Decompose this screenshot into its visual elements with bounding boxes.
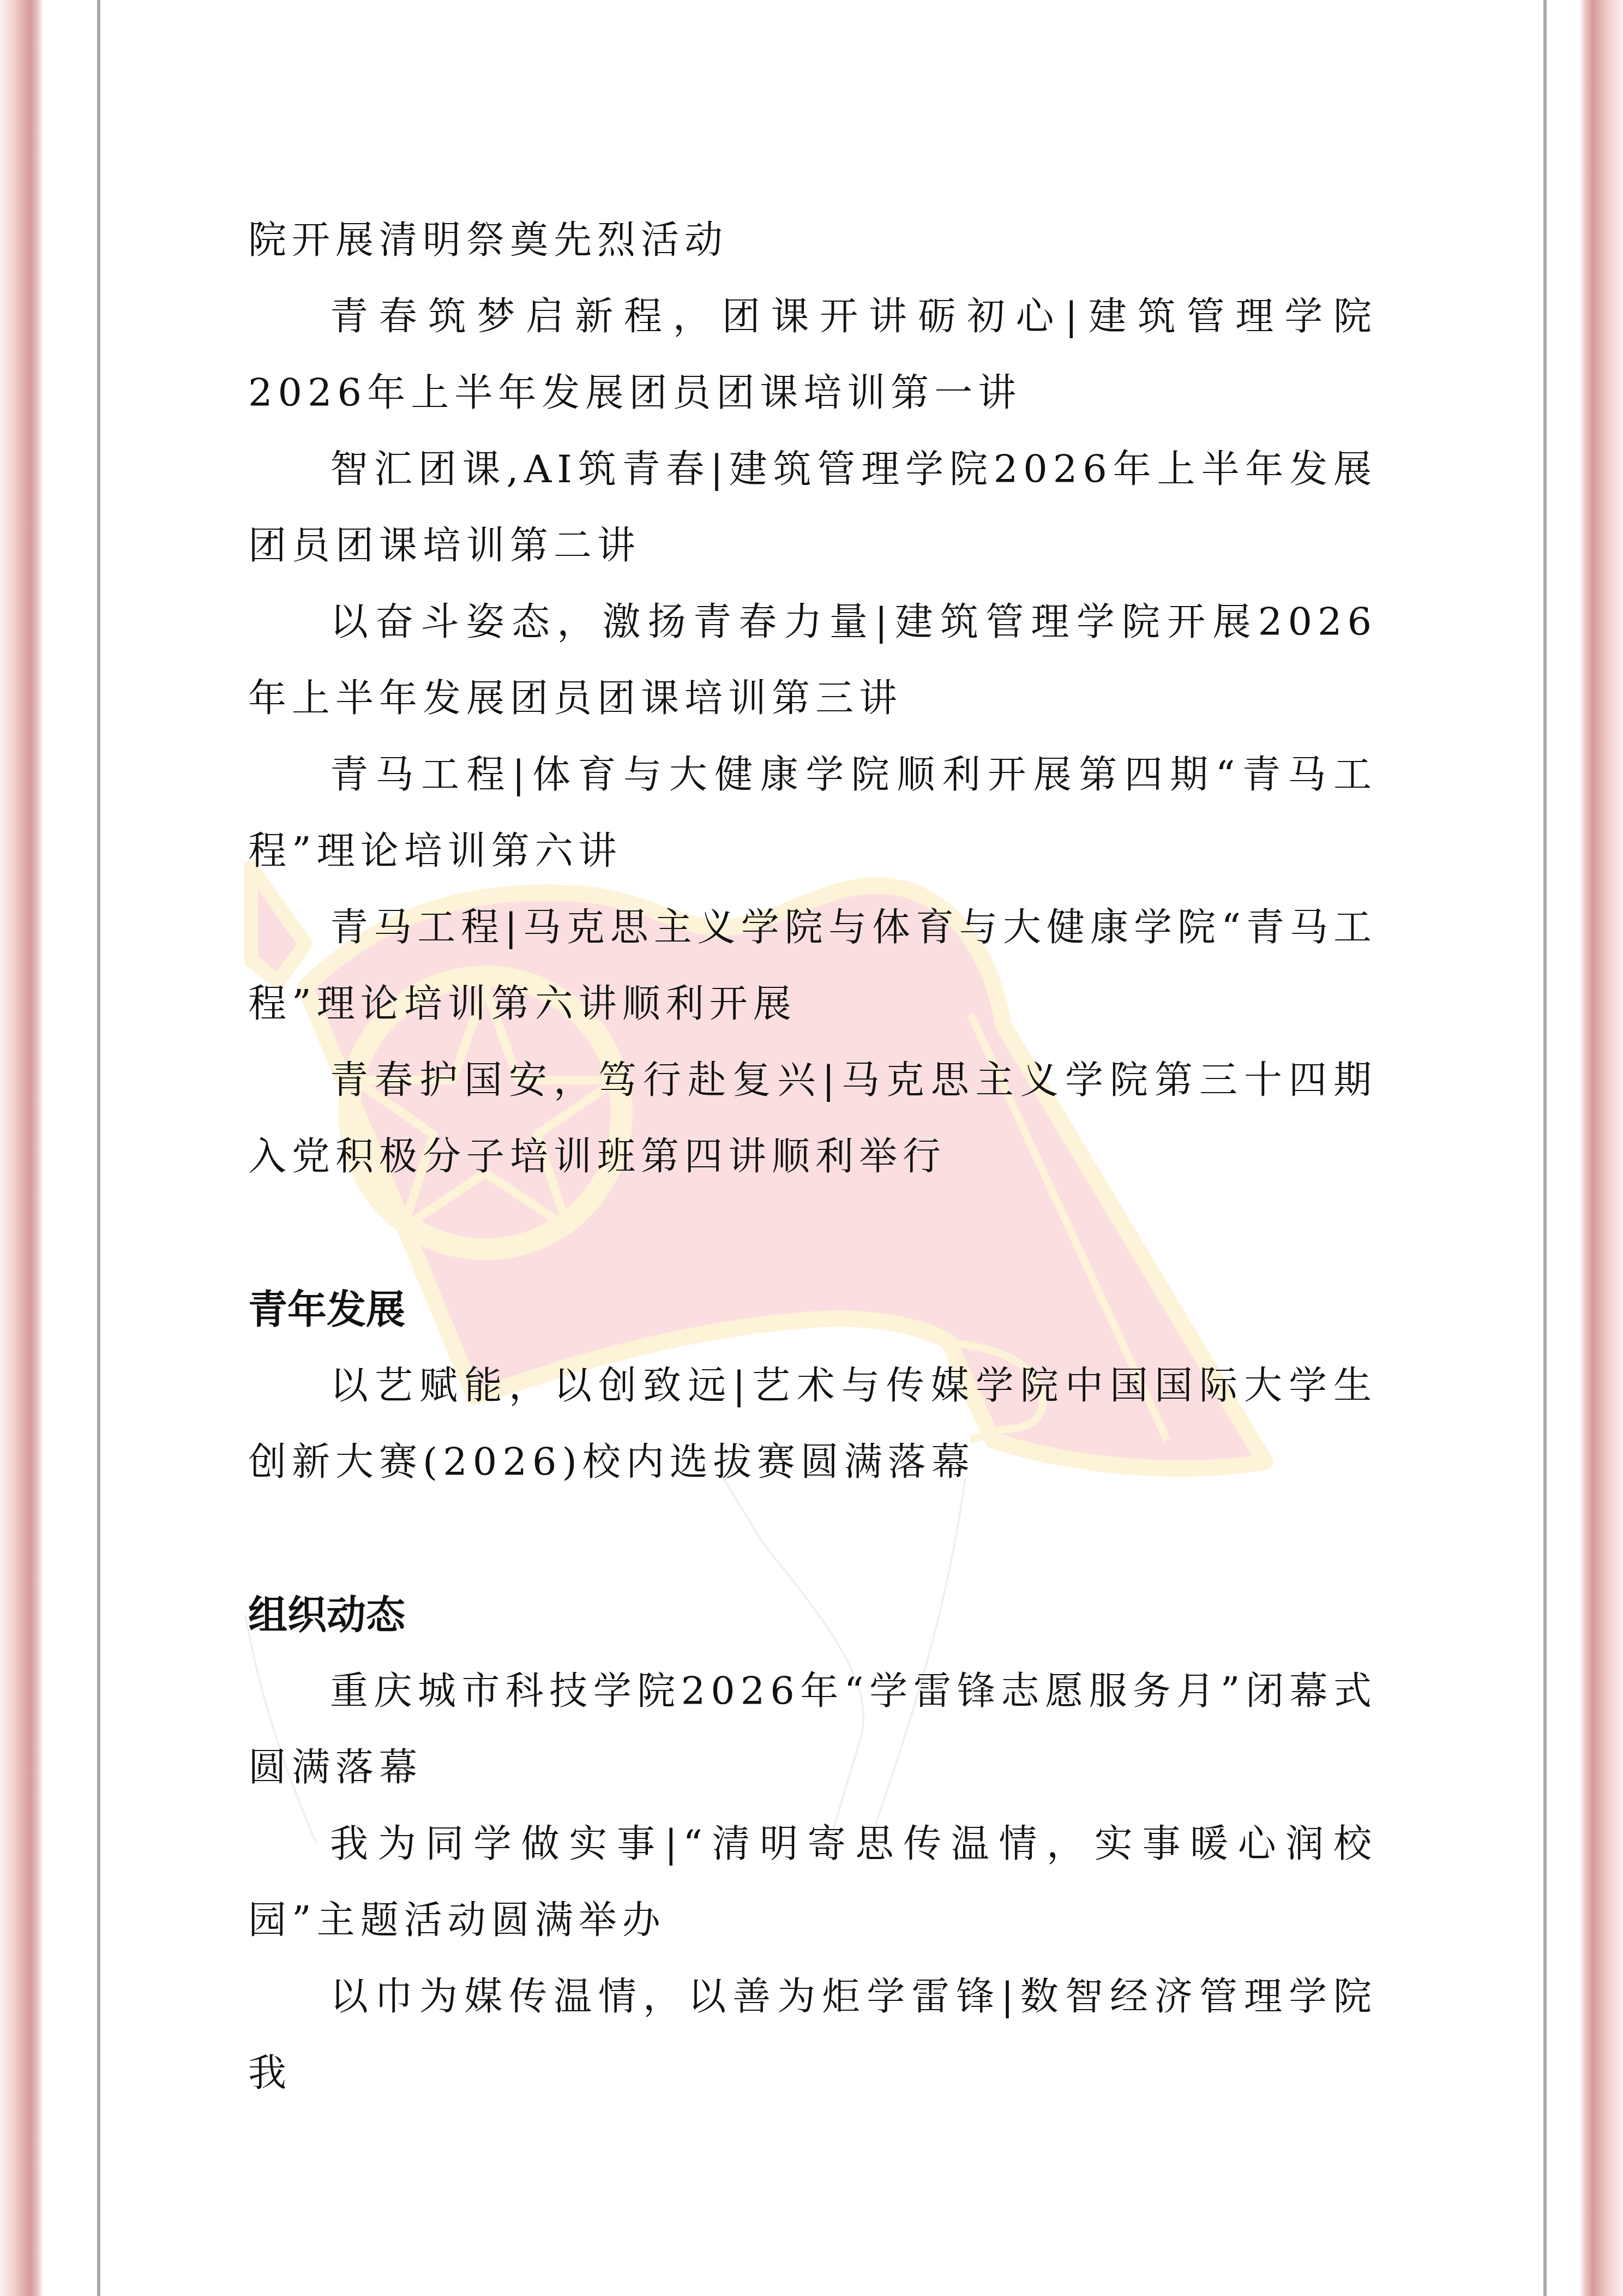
list-item: 以艺赋能，以创致远|艺术与传媒学院中国国际大学生创新大赛(2026)校内选拔赛圆…	[248, 1347, 1377, 1500]
section-heading-youth-development: 青年发展	[248, 1271, 1377, 1347]
list-item: 重庆城市科技学院2026年“学雷锋志愿服务月”闭幕式圆满落幕	[248, 1653, 1377, 1806]
list-item: 院开展清明祭奠先烈活动	[248, 202, 1377, 278]
right-border-stripe	[1579, 0, 1623, 2296]
left-border-rule	[97, 0, 100, 2296]
right-border-rule	[1543, 0, 1547, 2296]
list-item: 以巾为媒传温情，以善为炬学雷锋|数智经济管理学院我	[248, 1958, 1377, 2111]
list-item: 青马工程|马克思主义学院与体育与大健康学院“青马工程”理论培训第六讲顺利开展	[248, 889, 1377, 1042]
section-heading-organization-news: 组织动态	[248, 1576, 1377, 1653]
section-spacer	[248, 1195, 1377, 1271]
list-item: 青马工程|体育与大健康学院顺利开展第四期“青马工程”理论培训第六讲	[248, 736, 1377, 889]
list-item: 智汇团课,AI筑青春|建筑管理学院2026年上半年发展团员团课培训第二讲	[248, 431, 1377, 584]
list-item: 我为同学做实事|“清明寄思传温情，实事暖心润校园”主题活动圆满举办	[248, 1806, 1377, 1958]
list-item: 青春护国安，笃行赴复兴|马克思主义学院第三十四期入党积极分子培训班第四讲顺利举行	[248, 1042, 1377, 1195]
document-body: 院开展清明祭奠先烈活动 青春筑梦启新程，团课开讲砺初心|建筑管理学院2026年上…	[248, 202, 1377, 2111]
section-spacer	[248, 1500, 1377, 1576]
left-border-stripe	[0, 0, 44, 2296]
list-item: 青春筑梦启新程，团课开讲砺初心|建筑管理学院2026年上半年发展团员团课培训第一…	[248, 278, 1377, 431]
list-item: 以奋斗姿态，激扬青春力量|建筑管理学院开展2026年上半年发展团员团课培训第三讲	[248, 584, 1377, 736]
